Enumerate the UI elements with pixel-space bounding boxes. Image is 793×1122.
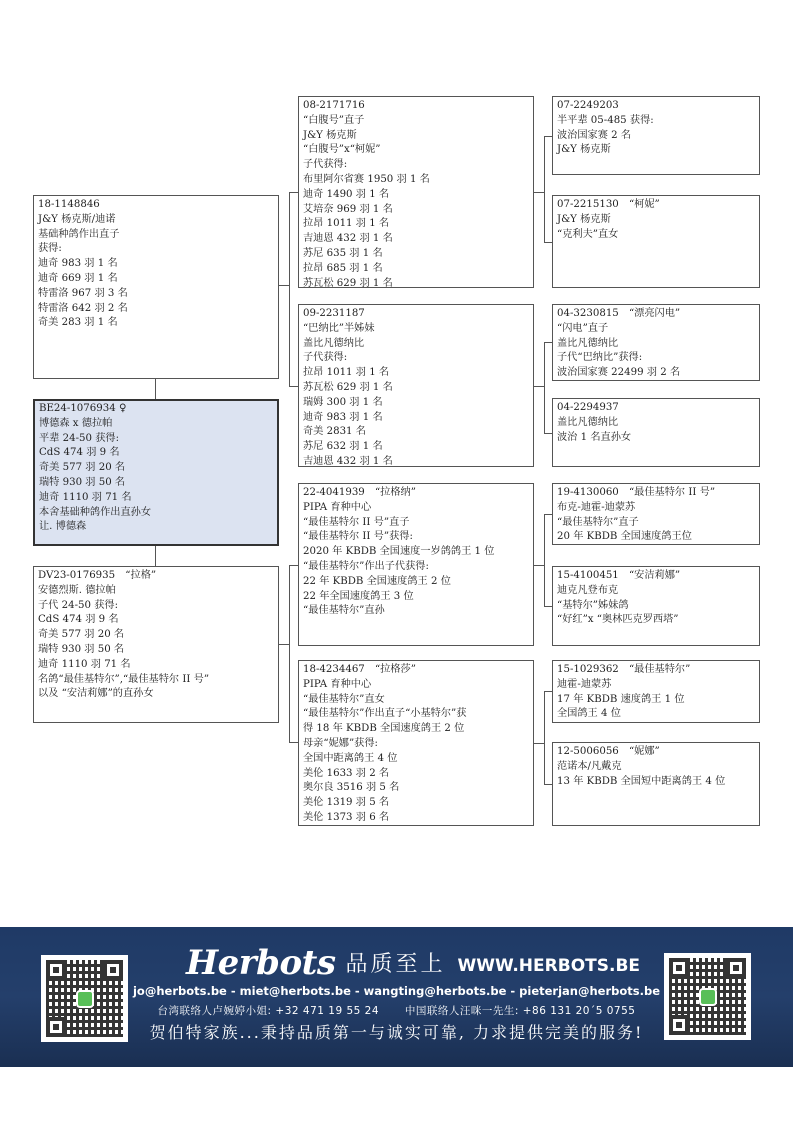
connector (544, 606, 552, 607)
card-line: 布克-迪霍-迪蒙苏 (557, 501, 755, 516)
card-line: “最佳基特尔”直子 (557, 516, 755, 531)
connector (544, 342, 552, 343)
card-line: “最佳基特尔”直女 (303, 693, 529, 708)
connector (289, 742, 298, 743)
card-line: 母亲“妮娜”获得: (303, 737, 529, 752)
card-line: “最佳基特尔”直孙 (303, 604, 529, 619)
card-line: 盖比凡德纳比 (303, 337, 529, 352)
card-line: J&Y 杨克斯/迪诺 (38, 213, 274, 228)
connector (544, 514, 552, 515)
wechat-icon (699, 988, 717, 1006)
connector (534, 192, 544, 193)
card-line: 迪克凡登布克 (557, 584, 755, 599)
card-line: CdS 474 羽 9 名 (38, 613, 274, 628)
card-line: 平辈 24-50 获得: (39, 432, 273, 447)
card-line: 安德烈斯. 德拉帕 (38, 584, 274, 599)
card-line: J&Y 杨克斯 (557, 143, 755, 158)
sd-sire-card: 04-3230815 “漂亮闪电”“闪电”直子盖比凡德纳比子代“巴纳比”获得:波… (552, 304, 760, 381)
card-line: BE24-1076934 ♀ (39, 402, 273, 417)
card-line: 名鸽“最佳基特尔”,“最佳基特尔 II 号” (38, 673, 274, 688)
card-line: 12-5006056 “妮娜” (557, 745, 755, 760)
connector (289, 386, 298, 387)
dd-dam-card: 12-5006056 “妮娜”范诺本/凡戴克13 年 KBDB 全国短中距离鸽王… (552, 742, 760, 826)
card-line: “白腹号”x“柯妮” (303, 143, 529, 158)
card-line: 苏瓦松 629 羽 1 名 (303, 381, 529, 396)
card-line: 07-2215130 “柯妮” (557, 198, 755, 213)
connector (544, 691, 545, 784)
card-line: 波治国家赛 2 名 (557, 129, 755, 144)
card-line: 让. 博德森 (39, 520, 273, 535)
card-line: PIPA 育种中心 (303, 678, 529, 693)
card-line: 22 年全国速度鸽王 3 位 (303, 590, 529, 605)
card-line: 迪奇 1110 羽 71 名 (38, 658, 274, 673)
website-link[interactable]: WWW.HERBOTS.BE (457, 951, 640, 981)
connector (289, 565, 290, 743)
connector (544, 136, 545, 242)
qr-code-wechat[interactable] (664, 953, 751, 1040)
card-line: 09-2231187 (303, 307, 529, 322)
connector (544, 784, 552, 785)
contact-china: 中国联络人汪咪一先生: +86 131 20´5 0755 (405, 1005, 636, 1017)
card-line: 美伦 1633 羽 2 名 (303, 767, 529, 782)
card-line: 基础种鸽作出直子 (38, 228, 274, 243)
card-line: “基特尔”姊妹鸽 (557, 599, 755, 614)
card-line: DV23-0176935 “拉格” (38, 569, 274, 584)
card-line: 奇美 283 羽 1 名 (38, 316, 274, 331)
card-line: 吉迪恩 432 羽 1 名 (303, 455, 529, 467)
connector (534, 743, 544, 744)
card-line: 吉迪恩 432 羽 1 名 (303, 232, 529, 247)
connector (279, 285, 289, 286)
card-line: 迪奇 983 羽 1 名 (303, 411, 529, 426)
connector (155, 546, 156, 566)
connector (289, 192, 290, 387)
qr-pattern (669, 958, 746, 1035)
card-line: 04-2294937 (557, 401, 755, 416)
connector (544, 136, 552, 137)
ss-dam-card: 07-2215130 “柯妮”J&Y 杨克斯“克利夫”直女 (552, 195, 760, 288)
card-line: 13 年 KBDB 全国短中距离鸽王 4 位 (557, 775, 755, 790)
card-line: 苏尼 635 羽 1 名 (303, 247, 529, 262)
card-line: 范诺本/凡戴克 (557, 760, 755, 775)
connector (534, 386, 544, 387)
card-line: 奥尔良 3516 羽 5 名 (303, 781, 529, 796)
card-line: 美伦 1319 羽 5 名 (303, 796, 529, 811)
ds-sire-card: 19-4130060 “最佳基特尔 II 号”布克-迪霍-迪蒙苏“最佳基特尔”直… (552, 483, 760, 545)
connector (544, 514, 545, 606)
subject-card: BE24-1076934 ♀博德森 x 德拉帕平辈 24-50 获得:CdS 4… (33, 399, 279, 546)
connector (534, 565, 544, 566)
card-line: 得 18 年 KBDB 全国速度鸽王 2 位 (303, 722, 529, 737)
card-line: 15-4100451 “安洁莉娜” (557, 569, 755, 584)
connector (544, 433, 552, 434)
card-line: 迪霍-迪蒙苏 (557, 678, 755, 693)
card-line: 拉昂 1011 羽 1 名 (303, 217, 529, 232)
brand-logo: Herbots (186, 945, 335, 981)
card-line: 苏瓦松 629 羽 1 名 (303, 277, 529, 288)
card-line: 18-1148846 (38, 198, 274, 213)
ss-sire-card: 07-2249203半平辈 05-485 获得:波治国家赛 2 名J&Y 杨克斯 (552, 96, 760, 175)
card-line: 08-2171716 (303, 99, 529, 114)
card-line: 迪奇 983 羽 1 名 (38, 257, 274, 272)
sire-card: 18-1148846J&Y 杨克斯/迪诺基础种鸽作出直子获得:迪奇 983 羽 … (33, 195, 279, 379)
card-line: “最佳基特尔 II 号”直子 (303, 516, 529, 531)
dam-sire-card: 22-4041939 “拉格纳”PIPA 育种中心“最佳基特尔 II 号”直子“… (298, 483, 534, 646)
card-line: 07-2249203 (557, 99, 755, 114)
card-line: 特雷洛 967 羽 3 名 (38, 287, 274, 302)
card-line: 22 年 KBDB 全国速度鸽王 2 位 (303, 575, 529, 590)
card-line: 子代 24-50 获得: (38, 599, 274, 614)
card-line: “巴纳比”半姊妹 (303, 322, 529, 337)
ds-dam-card: 15-4100451 “安洁莉娜”迪克凡登布克“基特尔”姊妹鸽“好红”x “奥林… (552, 566, 760, 646)
card-line: 迪奇 1110 羽 71 名 (39, 491, 273, 506)
sire-sire-card: 08-2171716“白腹号”直子J&Y 杨克斯“白腹号”x“柯妮”子代获得:布… (298, 96, 534, 288)
card-line: 迪奇 669 羽 1 名 (38, 272, 274, 287)
card-line: J&Y 杨克斯 (303, 129, 529, 144)
card-line: 瑞特 930 羽 50 名 (39, 476, 273, 491)
card-line: 19-4130060 “最佳基特尔 II 号” (557, 486, 755, 501)
card-line: 子代“巴纳比”获得: (557, 351, 755, 366)
card-line: “最佳基特尔 II 号”获得: (303, 530, 529, 545)
dam-card: DV23-0176935 “拉格”安德烈斯. 德拉帕子代 24-50 获得:Cd… (33, 566, 279, 723)
card-line: 盖比凡德纳比 (557, 337, 755, 352)
card-line: 15-1029362 “最佳基特尔” (557, 663, 755, 678)
card-line: “最佳基特尔”作出直子“小基特尔”获 (303, 707, 529, 722)
dam-dam-card: 18-4234467 “拉格莎”PIPA 育种中心“最佳基特尔”直女“最佳基特尔… (298, 660, 534, 826)
card-line: “最佳基特尔”作出子代获得: (303, 560, 529, 575)
card-line: 布里阿尔省赛 1950 羽 1 名 (303, 173, 529, 188)
card-line: 波治 1 名直孙女 (557, 431, 755, 446)
brand-slogan: 品质至上 (345, 949, 445, 981)
card-line: 奇美 2831 名 (303, 425, 529, 440)
connector (279, 644, 289, 645)
brand-row: Herbots 品质至上 WWW.HERBOTS.BE (186, 945, 640, 981)
card-line: J&Y 杨克斯 (557, 213, 755, 228)
card-line: 子代获得: (303, 158, 529, 173)
card-line: CdS 474 羽 9 名 (39, 446, 273, 461)
card-line: 20 年 KBDB 全国速度鸽王位 (557, 530, 755, 545)
card-line: “白腹号”直子 (303, 114, 529, 129)
contact-taiwan: 台湾联络人卢婉婷小姐: +32 471 19 55 24 (158, 1005, 380, 1017)
card-line: 美伦 1373 羽 6 名 (303, 811, 529, 826)
card-line: 全国中距离鸽王 4 位 (303, 752, 529, 767)
card-line: 苏尼 632 羽 1 名 (303, 440, 529, 455)
connector (544, 342, 545, 433)
card-line: 瑞姆 300 羽 1 名 (303, 396, 529, 411)
card-line: 以及 “安洁莉娜”的直孙女 (38, 687, 274, 702)
card-line: 博德森 x 德拉帕 (39, 417, 273, 432)
card-line: 拉昂 685 羽 1 名 (303, 262, 529, 277)
card-line: 获得: (38, 242, 274, 257)
card-line: 拉昂 1011 羽 1 名 (303, 366, 529, 381)
card-line: 奇美 577 羽 20 名 (39, 461, 273, 476)
connector (155, 379, 156, 399)
card-line: PIPA 育种中心 (303, 501, 529, 516)
card-line: 22-4041939 “拉格纳” (303, 486, 529, 501)
card-line: 本舍基础种鸽作出直孙女 (39, 506, 273, 521)
card-line: 18-4234467 “拉格莎” (303, 663, 529, 678)
card-line: 2020 年 KBDB 全国速度一岁鸽鸽王 1 位 (303, 545, 529, 560)
card-line: 半平辈 05-485 获得: (557, 114, 755, 129)
connector (289, 192, 298, 193)
card-line: 17 年 KBDB 速度鸽王 1 位 (557, 693, 755, 708)
card-line: “闪电”直子 (557, 322, 755, 337)
connector (289, 565, 298, 566)
card-line: 艾培奈 969 羽 1 名 (303, 203, 529, 218)
card-line: 04-3230815 “漂亮闪电” (557, 307, 755, 322)
card-line: 迪奇 1490 羽 1 名 (303, 188, 529, 203)
card-line: 盖比凡德纳比 (557, 416, 755, 431)
card-line: 全国鸽王 4 位 (557, 707, 755, 722)
connector (544, 691, 552, 692)
sd-dam-card: 04-2294937盖比凡德纳比波治 1 名直孙女 (552, 398, 760, 467)
connector (544, 242, 552, 243)
card-line: “克利夫”直女 (557, 228, 755, 243)
sire-dam-card: 09-2231187“巴纳比”半姊妹盖比凡德纳比子代获得:拉昂 1011 羽 1… (298, 304, 534, 467)
card-line: 奇美 577 羽 20 名 (38, 628, 274, 643)
card-line: 子代获得: (303, 351, 529, 366)
dd-sire-card: 15-1029362 “最佳基特尔”迪霍-迪蒙苏17 年 KBDB 速度鸽王 1… (552, 660, 760, 723)
card-line: 瑞特 930 羽 50 名 (38, 643, 274, 658)
card-line: “好红”x “奥林匹克罗西塔” (557, 613, 755, 628)
footer-banner: Herbots 品质至上 WWW.HERBOTS.BE jo@herbots.b… (0, 927, 793, 1067)
card-line: 波治国家赛 22499 羽 2 名 (557, 366, 755, 381)
card-line: 特雷洛 642 羽 2 名 (38, 302, 274, 317)
